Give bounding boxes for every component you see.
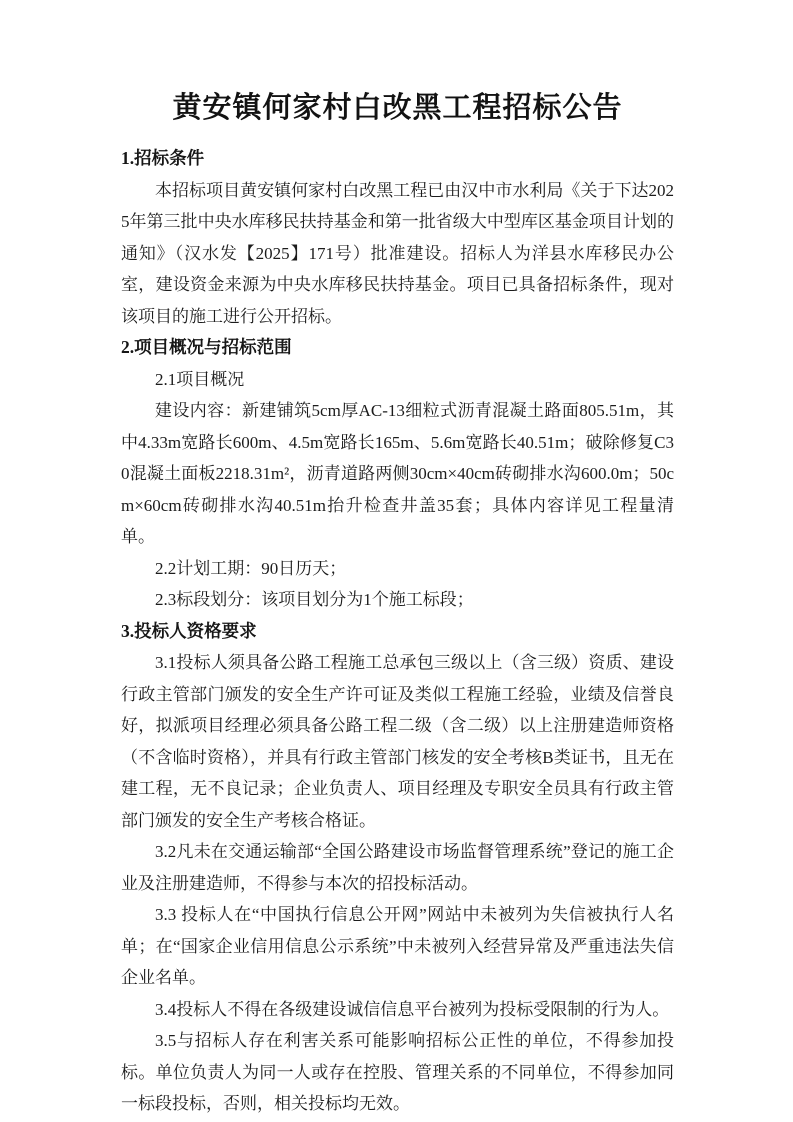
paragraph-bid-conditions: 本招标项目黄安镇何家村白改黑工程已由汉中市水利局《关于下达2025年第三批中央水… (121, 175, 674, 333)
section-bidder-qualifications: 3.投标人资格要求 3.1投标人须具备公路工程施工总承包三级以上（含三级）资质、… (121, 616, 674, 1120)
paragraph-qualification-3-5: 3.5与招标人存在利害关系可能影响招标公正性的单位，不得参加投标。单位负责人为同… (121, 1025, 674, 1120)
section-heading-project-overview: 2.项目概况与招标范围 (121, 332, 674, 364)
section-project-overview: 2.项目概况与招标范围 2.1项目概况 建设内容：新建铺筑5cm厚AC-13细粒… (121, 332, 674, 616)
paragraph-section-division: 2.3标段划分：该项目划分为1个施工标段； (121, 584, 674, 616)
document-content: 黄安镇何家村白改黑工程招标公告 1.招标条件 本招标项目黄安镇何家村白改黑工程已… (121, 88, 674, 1120)
paragraph-project-overview-subtitle: 2.1项目概况 (121, 364, 674, 396)
paragraph-qualification-3-1: 3.1投标人须具备公路工程施工总承包三级以上（含三级）资质、建设行政主管部门颁发… (121, 647, 674, 836)
section-heading-bid-conditions: 1.招标条件 (121, 143, 674, 175)
paragraph-construction-content: 建设内容：新建铺筑5cm厚AC-13细粒式沥青混凝土路面805.51m，其中4.… (121, 395, 674, 553)
paragraph-planned-duration: 2.2计划工期：90日历天； (121, 553, 674, 585)
paragraph-qualification-3-4: 3.4投标人不得在各级建设诚信信息平台被列为投标受限制的行为人。 (121, 994, 674, 1026)
paragraph-qualification-3-2: 3.2凡未在交通运输部“全国公路建设市场监督管理系统”登记的施工企业及注册建造师… (121, 836, 674, 899)
section-bid-conditions: 1.招标条件 本招标项目黄安镇何家村白改黑工程已由汉中市水利局《关于下达2025… (121, 143, 674, 332)
paragraph-qualification-3-3: 3.3 投标人在“中国执行信息公开网”网站中未被列为失信被执行人名单；在“国家企… (121, 899, 674, 994)
document-page: 黄安镇何家村白改黑工程招标公告 1.招标条件 本招标项目黄安镇何家村白改黑工程已… (0, 0, 793, 1122)
document-title: 黄安镇何家村白改黑工程招标公告 (121, 88, 674, 128)
section-heading-bidder-qualifications: 3.投标人资格要求 (121, 616, 674, 648)
